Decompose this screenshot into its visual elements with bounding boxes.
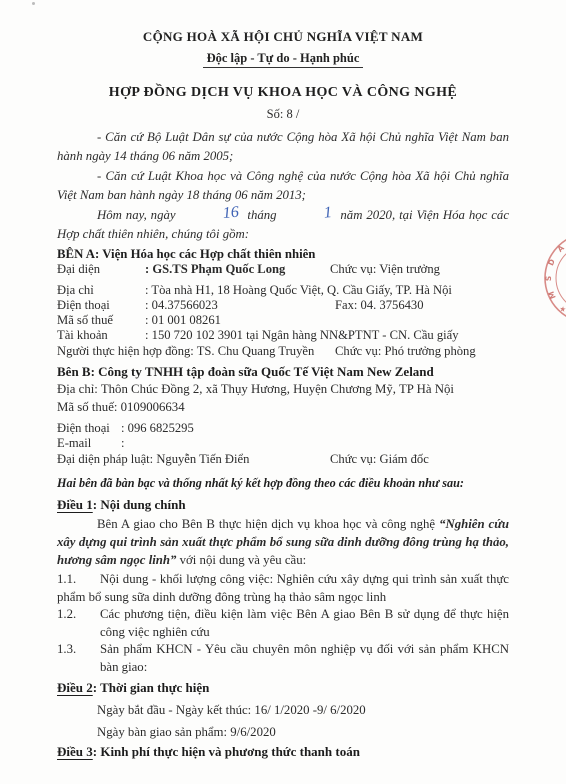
party-b-email-row: E-mail: [57,436,509,451]
article-1-item-2: 1.2.Các phương tiện, điều kiện làm việc … [57,606,509,641]
contract-title: HỢP ĐỒNG DỊCH VỤ KHOA HỌC VÀ CÔNG NGHỆ [57,84,509,102]
party-b-phone-label: Điện thoại [57,421,121,436]
article-3-number: Điều 3 [57,744,93,759]
article-1: Điều 1: Nội dung chính Bên A giao cho Bê… [57,496,509,676]
article-1-item-1: 1.1.Nội dung - khối lượng công việc: Ngh… [57,571,509,606]
rep-label: Đại diện [57,262,145,277]
article-1-intro: Bên A giao cho Bên B thực hiện dịch vụ k… [57,515,509,569]
phone-label: Điện thoại [57,298,145,313]
red-circular-stamp: ★ M S D A [520,228,566,328]
date-mid: tháng [247,208,276,222]
legal-basis-1: - Căn cứ Bộ Luật Dân sự của nước Cộng hò… [57,128,509,165]
party-a-representative-row: Đại diện: GS.TS Phạm Quốc Long Chức vụ: … [57,262,509,277]
item-1-number: 1.1. [57,571,100,589]
party-b-section: Bên B: Công ty TNHH tập đoàn sữa Quốc Tế… [57,363,509,467]
party-b-address: Địa chỉ: Thôn Chúc Đồng 2, xã Thụy Hương… [57,380,509,398]
phone-value: : 04.37566023 [145,298,218,312]
fax-value: Fax: 04. 3756430 [335,298,424,313]
article-2: Điều 2: Thời gian thực hiện Ngày bắt đầu… [57,679,509,741]
article-3-title: : Kinh phí thực hiện và phương thức than… [93,744,360,759]
article-2-delivery-date: Ngày bàn giao sản phẩm: 9/6/2020 [57,723,509,741]
party-b-heading: Bên B: Công ty TNHH tập đoàn sữa Quốc Tế… [57,363,509,380]
address-label: Địa chỉ [57,283,145,298]
tax-label: Mã số thuế [57,313,145,328]
party-b-email-label: E-mail [57,436,121,451]
contract-number: Số: 8 / [57,106,509,122]
scanned-contract-page: CỘNG HOÀ XÃ HỘI CHỦ NGHĨA VIỆT NAM Độc l… [0,0,566,784]
item-3-number: 1.3. [57,641,100,659]
handwritten-day: 16 [183,205,240,226]
item-1-text: Nội dung - khối lượng công việc: Nghiên … [57,572,509,604]
article-2-dates: Ngày bắt đầu - Ngày kết thúc: 16/ 1/2020… [57,701,509,719]
intro-normal: Bên A giao cho Bên B thực hiện dịch vụ k… [97,517,435,531]
date-prefix: Hôm nay, ngày [97,208,176,222]
item-3-text: Sản phẩm KHCN - Yêu cầu chuyên môn nghiệ… [100,642,509,674]
stamp-arc-text: ★ M S D A [544,241,566,315]
party-a-heading: BÊN A: Viện Hóa học các Hợp chất thiên n… [57,246,509,262]
document-content: CỘNG HOÀ XÃ HỘI CHỦ NGHĨA VIỆT NAM Độc l… [57,26,509,761]
address-value: : Tòa nhà H1, 18 Hoàng Quốc Việt, Q. Cầu… [145,283,452,297]
party-a-section: BÊN A: Viện Hóa học các Hợp chất thiên n… [57,246,509,359]
article-1-number: Điều 1 [57,497,93,512]
legal-rep-role: Chức vụ: Giám đốc [330,451,429,467]
intro-tail: với nội dung và yêu cầu: [180,553,307,567]
party-a-phone-row: Điện thoại: 04.37566023 Fax: 04. 3756430 [57,298,509,313]
handwritten-month: 1 [284,205,333,225]
party-b-tax: Mã số thuế: 0109006634 [57,398,509,416]
date-line: Hôm nay, ngày 16 tháng 1 năm 2020, tại V… [57,206,509,243]
party-b-phone-value: : 096 6825295 [121,421,194,435]
party-a-tax-row: Mã số thuế: 01 001 08261 [57,313,509,328]
article-3: Điều 3: Kinh phí thực hiện và phương thứ… [57,743,509,761]
executor-value: Người thực hiện hợp đồng: TS. Chu Quang … [57,344,314,358]
executor-role: Chức vụ: Phó trưởng phòng [335,343,476,359]
party-b-email-value: : [121,436,125,450]
item-2-text: Các phương tiện, điều kiện làm việc Bên … [100,607,509,639]
article-1-title: : Nội dung chính [93,497,186,512]
party-b-phone-row: Điện thoại: 096 6825295 [57,421,509,436]
party-a-executor-row: Người thực hiện hợp đồng: TS. Chu Quang … [57,343,509,359]
article-1-heading: Điều 1: Nội dung chính [57,496,509,514]
preamble: - Căn cứ Bộ Luật Dân sự của nước Cộng hò… [57,128,509,243]
article-3-heading: Điều 3: Kinh phí thực hiện và phương thứ… [57,743,509,761]
national-motto: Độc lập - Tự do - Hạnh phúc [57,50,509,66]
account-value: : 150 720 102 3901 tại Ngân hàng NN&PTNT… [145,328,459,342]
national-motto-text: Độc lập - Tự do - Hạnh phúc [203,51,364,68]
article-2-title: : Thời gian thực hiện [93,680,210,695]
party-a-account-row: Tài khoản: 150 720 102 3901 tại Ngân hàn… [57,328,509,343]
item-2-number: 1.2. [57,606,100,624]
account-label: Tài khoản [57,328,145,343]
party-a-address-row: Địa chỉ: Tòa nhà H1, 18 Hoàng Quốc Việt,… [57,283,509,298]
legal-basis-2: - Căn cứ Luật Khoa học và Công nghệ của … [57,167,509,204]
scan-artifact-speck [32,2,35,5]
article-2-heading: Điều 2: Thời gian thực hiện [57,679,509,697]
tax-value: : 01 001 08261 [145,313,221,327]
party-b-legal-rep-row: Đại diện pháp luật: Nguyễn Tiến Điển Chứ… [57,451,509,467]
article-2-number: Điều 2 [57,680,93,695]
legal-rep-value: Đại diện pháp luật: Nguyễn Tiến Điển [57,452,249,466]
agreement-statement: Hai bên đã bàn bạc và thống nhất ký kết … [57,474,509,492]
article-1-item-3: 1.3.Sản phẩm KHCN - Yêu cầu chuyên môn n… [57,641,509,676]
rep-role: Chức vụ: Viện trưởng [330,262,440,277]
rep-value: : GS.TS Phạm Quốc Long [145,262,285,276]
national-header: CỘNG HOÀ XÃ HỘI CHỦ NGHĨA VIỆT NAM [57,29,509,45]
